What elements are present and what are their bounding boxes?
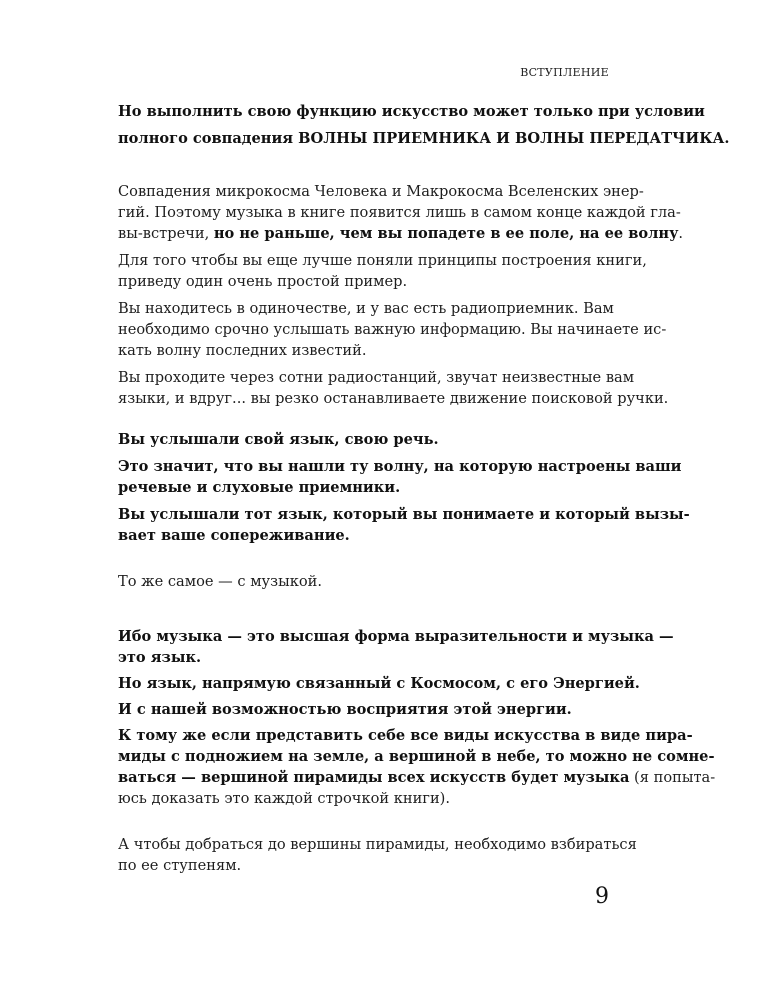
regular-text: То же самое — с музыкой. [118,573,322,590]
bold-text: Но язык, напрямую связанный с Космосом, … [118,675,640,692]
regular-text: кать волну последних известий. [118,342,367,359]
bold-text: вает ваше сопереживание. [118,527,350,544]
text-line: Это значит, что вы нашли ту волну, на ко… [118,457,608,477]
book-page: ВСТУПЛЕНИЕ Но выполнить свою функцию иск… [0,0,759,1000]
text-line: То же самое — с музыкой. [118,572,608,592]
text-line: гий. Поэтому музыка в книге появится лиш… [118,203,608,223]
running-head: ВСТУПЛЕНИЕ [520,66,609,79]
text-line: Совпадения микрокосма Человека и Макроко… [118,182,608,202]
regular-text: А чтобы добраться до вершины пирамиды, н… [118,836,637,853]
regular-text: приведу один очень простой пример. [118,273,407,290]
text-line: Но выполнить свою функцию искусство може… [118,102,608,122]
text-line: речевые и слуховые приемники. [118,478,608,498]
bold-text: Но выполнить свою функцию искусство може… [118,103,705,120]
text-line: полного совпадения ВОЛНЫ ПРИЕМНИКА И ВОЛ… [118,129,608,149]
bold-text: Это значит, что вы нашли ту волну, на ко… [118,458,682,475]
text-line: К тому же если представить себе все виды… [118,726,608,746]
text-line: Для того чтобы вы еще лучше поняли принц… [118,251,608,271]
text-line: необходимо срочно услышать важную информ… [118,320,608,340]
text-line: кать волну последних известий. [118,341,608,361]
text-line: Но язык, напрямую связанный с Космосом, … [118,674,608,694]
text-line: миды с подножием на земле, а вершиной в … [118,747,608,767]
text-line: Вы проходите через сотни радиостанций, з… [118,368,608,388]
bold-text: речевые и слуховые приемники. [118,479,400,496]
bold-text: ваться — вершиной пирамиды всех искусств… [118,769,629,786]
bold-text: Вы услышали свой язык, свою речь. [118,431,439,448]
text-line: по ее ступеням. [118,856,608,876]
regular-text: языки, и вдруг... вы резко останавливает… [118,390,668,407]
bold-text: миды с подножием на земле, а вершиной в … [118,748,715,765]
regular-text: вы-встречи, [118,225,214,242]
regular-text: Вы проходите через сотни радиостанций, з… [118,369,634,386]
regular-text: юсь доказать это каждой строчкой книги). [118,790,450,807]
text-line: юсь доказать это каждой строчкой книги). [118,789,608,809]
bold-text: К тому же если представить себе все виды… [118,727,693,744]
bold-text: полного совпадения ВОЛНЫ ПРИЕМНИКА И ВОЛ… [118,130,729,147]
text-line: это язык. [118,648,608,668]
bold-text: это язык. [118,649,201,666]
regular-text: Вы находитесь в одиночестве, и у вас ест… [118,300,614,317]
regular-text: необходимо срочно услышать важную информ… [118,321,666,338]
bold-text: Вы услышали тот язык, который вы понимае… [118,506,690,523]
text-line: ваться — вершиной пирамиды всех искусств… [118,768,608,788]
text-line: Ибо музыка — это высшая форма выразитель… [118,627,608,647]
page-number: 9 [595,884,609,909]
text-line: Вы находитесь в одиночестве, и у вас ест… [118,299,608,319]
text-line: И с нашей возможностью восприятия этой э… [118,700,608,720]
regular-text: Совпадения микрокосма Человека и Макроко… [118,183,644,200]
text-line: вает ваше сопереживание. [118,526,608,546]
regular-text: гий. Поэтому музыка в книге появится лиш… [118,204,681,221]
text-line: Вы услышали тот язык, который вы понимае… [118,505,608,525]
regular-text: Для того чтобы вы еще лучше поняли принц… [118,252,647,269]
bold-text: Ибо музыка — это высшая форма выразитель… [118,628,674,645]
text-line: вы-встречи, но не раньше, чем вы попадет… [118,224,608,244]
bold-text: И с нашей возможностью восприятия этой э… [118,701,572,718]
bold-text: но не раньше, чем вы попадете в ее поле,… [214,225,679,242]
regular-text: (я попыта- [629,769,715,786]
regular-text: по ее ступеням. [118,857,241,874]
text-line: языки, и вдруг... вы резко останавливает… [118,389,608,409]
text-line: А чтобы добраться до вершины пирамиды, н… [118,835,608,855]
text-line: Вы услышали свой язык, свою речь. [118,430,608,450]
text-line: приведу один очень простой пример. [118,272,608,292]
regular-text: . [678,225,683,242]
